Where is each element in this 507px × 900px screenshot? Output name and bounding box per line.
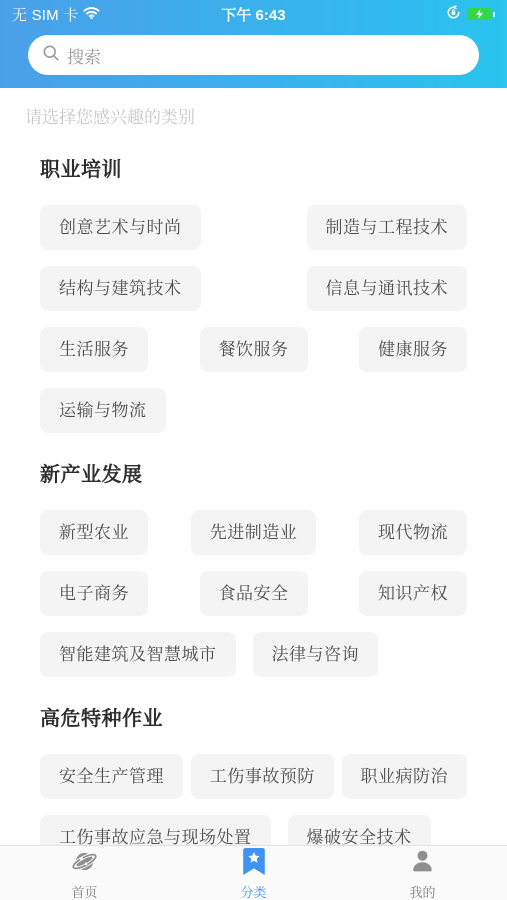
category-row: 电子商务 食品安全 知识产权 bbox=[40, 571, 467, 616]
tab-profile[interactable]: 我的 bbox=[338, 846, 507, 900]
category-row: 创意艺术与时尚 制造与工程技术 bbox=[40, 205, 467, 250]
carrier-label: 无 SIM 卡 bbox=[12, 4, 78, 25]
category-button[interactable]: 健康服务 bbox=[359, 327, 467, 372]
section-new-industry: 新产业发展 新型农业 先进制造业 现代物流 电子商务 食品安全 知识产权 智能建… bbox=[0, 458, 507, 677]
planet-icon bbox=[71, 848, 98, 880]
wifi-icon bbox=[83, 6, 100, 23]
category-button[interactable]: 现代物流 bbox=[359, 510, 467, 555]
section-title: 新产业发展 bbox=[40, 458, 467, 487]
bookmark-star-icon bbox=[243, 848, 265, 880]
category-button[interactable]: 食品安全 bbox=[200, 571, 308, 616]
rotation-lock-icon bbox=[446, 5, 461, 24]
category-button[interactable]: 生活服务 bbox=[40, 327, 148, 372]
tab-home[interactable]: 首页 bbox=[0, 846, 169, 900]
section-title: 高危特种作业 bbox=[40, 702, 467, 731]
category-button[interactable]: 先进制造业 bbox=[191, 510, 317, 555]
category-row: 智能建筑及智慧城市 法律与咨询 bbox=[40, 632, 467, 677]
section-high-risk-operations: 高危特种作业 安全生产管理 工伤事故预防 职业病防治 工伤事故应急与现场处置 爆… bbox=[0, 702, 507, 845]
app-screen: 无 SIM 卡 下午 6:43 bbox=[0, 0, 507, 900]
section-title: 职业培训 bbox=[40, 153, 467, 182]
category-button[interactable]: 工伤事故预防 bbox=[191, 754, 334, 799]
status-bar: 无 SIM 卡 下午 6:43 bbox=[0, 0, 507, 28]
status-left: 无 SIM 卡 bbox=[12, 4, 172, 25]
category-button[interactable]: 法律与咨询 bbox=[253, 632, 379, 677]
category-button[interactable]: 制造与工程技术 bbox=[307, 205, 468, 250]
search-placeholder: 搜索 bbox=[67, 43, 101, 68]
search-icon bbox=[42, 44, 60, 67]
header: 无 SIM 卡 下午 6:43 bbox=[0, 0, 507, 88]
category-button[interactable]: 智能建筑及智慧城市 bbox=[40, 632, 236, 677]
category-row: 新型农业 先进制造业 现代物流 bbox=[40, 510, 467, 555]
battery-charging-icon bbox=[467, 8, 495, 20]
category-page: 请选择您感兴趣的类别 职业培训 创意艺术与时尚 制造与工程技术 结构与建筑技术 … bbox=[0, 88, 507, 845]
category-button[interactable]: 电子商务 bbox=[40, 571, 148, 616]
category-button[interactable]: 信息与通讯技术 bbox=[307, 266, 468, 311]
category-button[interactable]: 结构与建筑技术 bbox=[40, 266, 201, 311]
status-time: 下午 6:43 bbox=[172, 4, 335, 25]
category-row: 结构与建筑技术 信息与通讯技术 bbox=[40, 266, 467, 311]
category-row: 运输与物流 bbox=[40, 388, 467, 433]
tab-bar: 首页 分类 我的 bbox=[0, 845, 507, 900]
page-prompt: 请选择您感兴趣的类别 bbox=[25, 103, 507, 128]
category-button[interactable]: 创意艺术与时尚 bbox=[40, 205, 201, 250]
search-input[interactable]: 搜索 bbox=[28, 35, 479, 75]
tab-label: 分类 bbox=[240, 882, 266, 900]
category-button[interactable]: 餐饮服务 bbox=[200, 327, 308, 372]
status-right bbox=[335, 5, 495, 24]
tab-category[interactable]: 分类 bbox=[169, 846, 338, 900]
category-button[interactable]: 知识产权 bbox=[359, 571, 467, 616]
category-row: 生活服务 餐饮服务 健康服务 bbox=[40, 327, 467, 372]
category-row: 安全生产管理 工伤事故预防 职业病防治 bbox=[40, 754, 467, 799]
category-button[interactable]: 工伤事故应急与现场处置 bbox=[40, 815, 271, 845]
tab-label: 我的 bbox=[409, 882, 435, 900]
person-icon bbox=[409, 848, 436, 880]
tab-label: 首页 bbox=[71, 882, 97, 900]
section-vocational-training: 职业培训 创意艺术与时尚 制造与工程技术 结构与建筑技术 信息与通讯技术 生活服… bbox=[0, 153, 507, 433]
category-button[interactable]: 职业病防治 bbox=[342, 754, 468, 799]
search-area: 搜索 bbox=[0, 28, 507, 75]
category-row: 工伤事故应急与现场处置 爆破安全技术 bbox=[40, 815, 467, 845]
category-button[interactable]: 运输与物流 bbox=[40, 388, 166, 433]
category-button[interactable]: 新型农业 bbox=[40, 510, 148, 555]
category-button[interactable]: 爆破安全技术 bbox=[288, 815, 431, 845]
category-button[interactable]: 安全生产管理 bbox=[40, 754, 183, 799]
